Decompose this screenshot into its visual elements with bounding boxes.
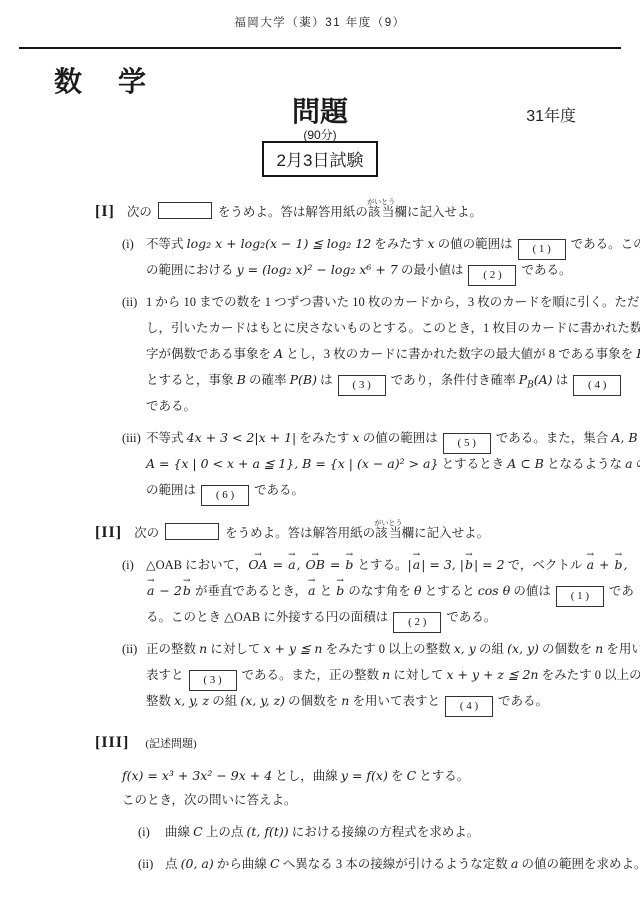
item-body: 点 (0, a) から曲線 C へ異なる 3 本の接線が引けるような定数 a の…	[165, 851, 640, 877]
text-run: を用いて	[603, 642, 640, 656]
ruby-reading: がいとう	[367, 198, 395, 206]
math-run: C	[407, 768, 417, 783]
exam-date-wrap: 2月3日試験	[0, 141, 640, 177]
text-run: 正の整数	[146, 642, 199, 656]
text-run: の値の範囲は	[360, 431, 438, 445]
text-run: である。	[446, 610, 496, 624]
math-run: a	[625, 456, 632, 471]
section-label: [I]	[95, 203, 115, 220]
text-run: である。また，集合	[496, 431, 612, 445]
math-run: y = f(x)	[341, 768, 388, 783]
math-run: B	[237, 372, 246, 387]
math-run: A ⊂ B	[507, 456, 544, 471]
ruby-annotated-text: 該当がいとう	[375, 526, 402, 540]
item-label: (iii)	[122, 425, 146, 503]
vector-symbol: a	[307, 578, 316, 604]
math-run: x	[427, 236, 434, 251]
ruby-reading: がいとう	[374, 519, 402, 527]
math-run: − 2	[155, 583, 181, 598]
problem-line: 曲線 C 上の点 (t, f(t)) における接線の方程式を求めよ。	[165, 819, 569, 845]
problem-line: 正の整数 n に対して x + y ≦ n をみたす 0 以上の整数 x, y …	[146, 636, 640, 662]
vector-symbol: b	[344, 552, 354, 578]
math-run: x + y ≦ n	[263, 641, 322, 656]
text-run: とし，曲線	[272, 769, 341, 783]
item-label: (ii)	[138, 851, 165, 877]
math-run: (x, y)	[507, 641, 539, 656]
text-run: である。	[521, 263, 571, 277]
problem-line: 整数 x, y, z の組 (x, y, z) の個数を n を用いて表すと( …	[146, 688, 640, 714]
math-run: 4x + 3 < 2|x + 1|	[187, 430, 297, 445]
math-run: cos θ	[478, 583, 510, 598]
math-run: | = 2	[474, 557, 505, 572]
item-label: (i)	[138, 819, 165, 845]
text-run: の確率	[246, 373, 290, 387]
text-run: の値の範囲を求めよ。	[518, 857, 640, 871]
text-run: 欄に記入せよ。	[394, 205, 482, 219]
text-run: の組	[476, 642, 507, 656]
text-run: を用いて表すと	[349, 694, 440, 708]
item-body: 不等式 4x + 3 < 2|x + 1| をみたす x の値の範囲は( 5 )…	[146, 425, 640, 503]
item-body: 不等式 log₂ x + log₂(x − 1) ≦ log₂ 12 をみたす …	[146, 231, 640, 283]
problem-line: 表すと( 3 )である。また，正の整数 n に対して x + y + z ≦ 2…	[146, 662, 640, 688]
header-divider-rule	[19, 47, 621, 49]
text-run: 整数	[146, 694, 174, 708]
text-run: 次の	[134, 526, 159, 540]
problem-item: (ii)1 から 10 までの数を 1 つずつ書いた 10 枚のカードから，3 …	[95, 289, 569, 419]
problem-line: 字が偶数である事象を A とし，3 枚のカードに書かれた数字の最大値が 8 であ…	[146, 341, 640, 367]
math-run: A	[274, 346, 283, 361]
answer-box: ( 4 )	[445, 696, 493, 717]
math-run: n	[199, 641, 207, 656]
text-run: の範囲は	[146, 483, 196, 497]
text-run: へ異なる 3 本の接線が引けるような定数	[280, 857, 511, 871]
problem-line: の範囲は( 6 )である。	[146, 477, 640, 503]
vector-symbol: a	[287, 552, 296, 578]
text-run: から曲線	[214, 857, 270, 871]
text-run: の範囲における	[146, 263, 237, 277]
text-run: とする。	[354, 558, 407, 572]
text-run: となるような	[544, 457, 625, 471]
text-run: の値	[633, 457, 640, 471]
text-run: とする。	[416, 769, 469, 783]
section-note: (記述問題)	[145, 738, 196, 750]
math-run: log₂ x + log₂(x − 1) ≦ log₂ 12	[187, 236, 372, 251]
fill-in-blank-box	[165, 523, 219, 540]
problem-line: 点 (0, a) から曲線 C へ異なる 3 本の接線が引けるような定数 a の…	[165, 851, 640, 877]
vector-symbol: b	[613, 552, 623, 578]
problem-item: (i)△OAB において，OA = a, OB = b とする。|a| = 3,…	[95, 552, 569, 630]
math-run: f(x) = x³ + 3x² − 9x + 4	[122, 768, 272, 783]
text-run: における接線の方程式を求めよ。	[289, 825, 480, 839]
math-run: ,	[297, 557, 305, 572]
problem-item: (ii)正の整数 n に対して x + y ≦ n をみたす 0 以上の整数 x…	[95, 636, 569, 714]
vector-symbol: OA	[247, 552, 268, 578]
math-run: y = (log₂ x)² − log₂ x⁶ + 7	[237, 262, 398, 277]
math-run: θ	[414, 583, 422, 598]
text-run: をみたす 0 以上の	[538, 668, 640, 682]
text-run: を	[388, 769, 407, 783]
text-run: △OAB において，	[146, 558, 247, 572]
text-run: である。	[254, 483, 304, 497]
answer-box: ( 1 )	[556, 586, 604, 607]
text-run: をうめよ。答は解答用紙の	[225, 526, 375, 540]
exam-year: 31年度	[526, 103, 576, 126]
text-run: 次の	[127, 205, 152, 219]
statement-line: このとき，次の問いに答えよ。	[95, 788, 569, 813]
problem-line: 1 から 10 までの数を 1 つずつ書いた 10 枚のカードから，3 枚のカー…	[146, 289, 640, 315]
answer-box: ( 2 )	[468, 265, 516, 286]
text-run: が垂直であるとき，	[192, 584, 307, 598]
problem-item: (ii)点 (0, a) から曲線 C へ異なる 3 本の接線が引けるような定数…	[95, 851, 569, 877]
vector-symbol: a	[412, 552, 421, 578]
exam-paper-page: 福岡大学（薬）31 年度（9） 数 学 問題 (90分) 31年度 2月3日試験…	[0, 0, 640, 910]
math-run: P(B)	[290, 372, 317, 387]
answer-box: ( 4 )	[573, 375, 621, 396]
math-run: (x, y, z)	[240, 693, 285, 708]
text-run: である。また，正の整数	[242, 668, 383, 682]
text-run: の値の範囲は	[435, 237, 513, 251]
text-run: をみたす 0 以上の整数	[322, 642, 453, 656]
text-run: をうめよ。答は解答用紙の	[218, 205, 368, 219]
text-run: とし，3 枚のカードに書かれた数字の最大値が 8 である事象を	[283, 347, 636, 361]
text-run: で，ベクトル	[505, 558, 586, 572]
math-run: x, y	[454, 641, 476, 656]
text-run: である。	[146, 399, 196, 413]
text-run: は	[317, 373, 333, 387]
answer-box: ( 6 )	[201, 485, 249, 506]
vector-symbol: b	[335, 578, 345, 604]
math-run: (0, a)	[181, 856, 214, 871]
problem-line: △OAB において，OA = a, OB = b とする。|a| = 3, |b…	[146, 552, 634, 578]
math-run: | = 3, |	[421, 557, 464, 572]
section-I: [I]次のをうめよ。答は解答用紙の該当がいとう欄に記入せよ。(i)不等式 log…	[95, 198, 569, 503]
text-run: の個数を	[285, 694, 341, 708]
text-run: は	[553, 373, 569, 387]
problem-line: 不等式 4x + 3 < 2|x + 1| をみたす x の値の範囲は( 5 )…	[146, 425, 640, 451]
math-run: ,	[623, 557, 627, 572]
problem-item: (i)不等式 log₂ x + log₂(x − 1) ≦ log₂ 12 をみ…	[95, 231, 569, 283]
math-run: x, y, z	[174, 693, 209, 708]
text-run: に対して	[207, 642, 263, 656]
text-run: と	[316, 584, 335, 598]
section-heading: [I]次のをうめよ。答は解答用紙の該当がいとう欄に記入せよ。	[95, 198, 569, 225]
vector-symbol: b	[182, 578, 192, 604]
section-heading: [III](記述問題)	[95, 730, 569, 757]
text-run: をみたす	[296, 431, 352, 445]
problem-item: (i)曲線 C 上の点 (t, f(t)) における接線の方程式を求めよ。	[95, 819, 569, 845]
item-body: 1 から 10 までの数を 1 つずつ書いた 10 枚のカードから，3 枚のカー…	[146, 289, 640, 419]
math-run: x	[353, 430, 360, 445]
vector-symbol: a	[146, 578, 155, 604]
text-run: である。この	[571, 237, 640, 251]
page-header: 福岡大学（薬）31 年度（9）	[0, 14, 640, 30]
text-run: の最小値は	[398, 263, 464, 277]
text-run: のなす角を	[345, 584, 414, 598]
math-run: +	[595, 557, 613, 572]
exam-date-box: 2月3日試験	[262, 141, 379, 177]
text-run: であり，条件付き確率	[391, 373, 519, 387]
problem-line: A = {x | 0 < x + a ≦ 1}, B = {x | (x − a…	[146, 451, 640, 477]
section-III: [III](記述問題)f(x) = x³ + 3x² − 9x + 4 とし，曲…	[95, 730, 569, 877]
text-run: 表すと	[146, 668, 184, 682]
problem-sections: [I]次のをうめよ。答は解答用紙の該当がいとう欄に記入せよ。(i)不等式 log…	[95, 198, 569, 893]
text-run: 不等式	[146, 431, 187, 445]
problem-line: である。	[146, 393, 640, 419]
text-run: る。このとき △OAB に外接する円の面積は	[146, 610, 388, 624]
math-run: C	[193, 824, 203, 839]
answer-box: ( 2 )	[393, 612, 441, 633]
item-body: 曲線 C 上の点 (t, f(t)) における接線の方程式を求めよ。	[165, 819, 569, 845]
problem-line: の範囲における y = (log₂ x)² − log₂ x⁶ + 7 の最小値…	[146, 257, 640, 283]
item-body: △OAB において，OA = a, OB = b とする。|a| = 3, |b…	[146, 552, 634, 630]
math-run: n	[382, 667, 390, 682]
text-run: をみたす	[371, 237, 427, 251]
text-run: このとき，次の問いに答えよ。	[122, 793, 297, 807]
math-subscript: B	[527, 381, 534, 391]
text-run: とすると	[422, 584, 478, 598]
section-II: [II]次のをうめよ。答は解答用紙の該当がいとう欄に記入せよ。(i)△OAB に…	[95, 519, 569, 714]
math-run: B	[636, 346, 640, 361]
text-run: 点	[165, 857, 181, 871]
text-run: であ	[609, 584, 634, 598]
item-label: (i)	[122, 231, 146, 283]
problem-line: とすると，事象 B の確率 P(B) は( 3 )であり，条件付き確率 PB(A…	[146, 367, 640, 393]
text-run: 不等式	[146, 237, 187, 251]
math-run: A = {x | 0 < x + a ≦ 1}, B = {x | (x − a…	[146, 456, 438, 471]
text-run: の組	[209, 694, 240, 708]
text-run: とするとき	[438, 457, 507, 471]
text-run: の個数を	[539, 642, 595, 656]
problem-line: る。このとき △OAB に外接する円の面積は( 2 )である。	[146, 604, 634, 630]
problem-line: 不等式 log₂ x + log₂(x − 1) ≦ log₂ 12 をみたす …	[146, 231, 640, 257]
text-run: とすると，事象	[146, 373, 237, 387]
text-run: に対して	[390, 668, 446, 682]
section-label: [III]	[95, 734, 129, 751]
item-label: (ii)	[122, 289, 146, 419]
math-run: (A)	[534, 372, 553, 387]
math-run: P	[519, 372, 527, 387]
text-run: 曲線	[165, 825, 193, 839]
answer-box: ( 3 )	[338, 375, 386, 396]
text-run: である。	[498, 694, 548, 708]
problem-line: し，引いたカードはもとに戻さないものとする。このとき，1 枚目のカードに書かれた…	[146, 315, 640, 341]
item-body: 正の整数 n に対して x + y ≦ n をみたす 0 以上の整数 x, y …	[146, 636, 640, 714]
fill-in-blank-box	[158, 202, 212, 219]
math-run: x + y + z ≦ 2n	[446, 667, 538, 682]
statement-line: f(x) = x³ + 3x² − 9x + 4 とし，曲線 y = f(x) …	[95, 763, 569, 788]
math-run: A, B	[611, 430, 637, 445]
math-run: n	[595, 641, 603, 656]
math-run: C	[270, 856, 280, 871]
ruby-annotated-text: 該当がいとう	[368, 205, 395, 219]
section-heading: [II]次のをうめよ。答は解答用紙の該当がいとう欄に記入せよ。	[95, 519, 569, 546]
text-run: 1 から 10 までの数を 1 つずつ書いた 10 枚のカードから，3 枚のカー…	[146, 295, 640, 309]
text-run: 上の点	[203, 825, 247, 839]
section-label: [II]	[95, 524, 122, 541]
item-label: (i)	[122, 552, 146, 630]
math-run: =	[269, 557, 287, 572]
text-run: の値は	[510, 584, 551, 598]
problem-item: (iii)不等式 4x + 3 < 2|x + 1| をみたす x の値の範囲は…	[95, 425, 569, 503]
text-run: 欄に記入せよ。	[402, 526, 490, 540]
vector-symbol: a	[586, 552, 595, 578]
text-run: し，引いたカードはもとに戻さないものとする。このとき，1 枚目のカードに書かれた…	[146, 321, 640, 335]
vector-symbol: b	[464, 552, 474, 578]
item-label: (ii)	[122, 636, 146, 714]
problem-line: a − 2b が垂直であるとき，a と b のなす角を θ とすると cos θ…	[146, 578, 634, 604]
text-run: 字が偶数である事象を	[146, 347, 274, 361]
math-run: (t, f(t))	[246, 824, 288, 839]
